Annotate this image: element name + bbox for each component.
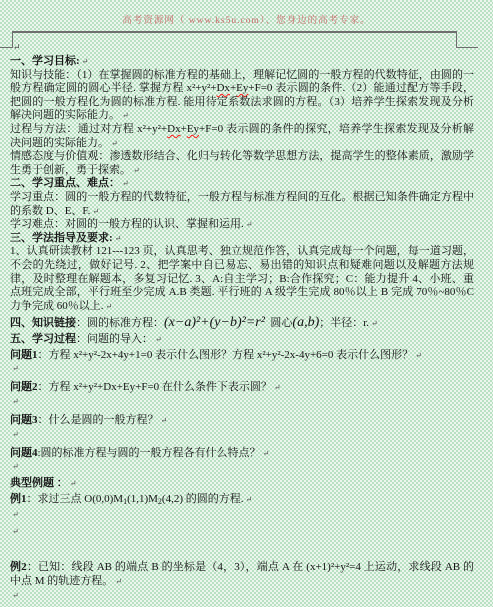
paragraph-mark: ↵ <box>272 383 281 392</box>
paragraph-mark: ↵ <box>369 319 378 328</box>
paragraph-mark: ↵ <box>413 351 422 360</box>
text-run: ：方程 <box>38 381 74 393</box>
paragraph-mark: ↵ <box>13 42 21 53</box>
text-run: (x−a)²+(y−b)²=r² <box>164 315 265 330</box>
question-4: 问题4:圆的标准方程与圆的一般方程各有什么特点？↵ <box>10 447 474 461</box>
text-run: ：已知：线段 AB 的端点 B 的坐标是（4，3），端点 A 在 <box>27 561 307 573</box>
text-run: 情感态度与价值观：渗透数形结合、化归与转化等数学思想方法，提高学生的整体素质，激… <box>10 150 474 176</box>
text-run: ：圆的标准方程： <box>76 317 164 329</box>
paragraph-mark: ↵ <box>80 57 89 66</box>
paragraph-mark: ↵ <box>113 577 122 586</box>
header-rule <box>12 31 456 33</box>
text-run: +F=0 <box>248 82 272 94</box>
blank-line: ↵ <box>10 395 474 412</box>
section-5-heading: 五、学习过程：问题的导入：↵ <box>10 333 474 347</box>
study-focus-paragraph: 学习重点：圆的一般方程的代数特征，一般方程与标准方程间的互化。根据已知条件确定方… <box>10 191 474 218</box>
section-3-heading: 三、学法指导及要求:↵ <box>10 232 474 246</box>
text-run: ；半径：r. <box>319 317 369 329</box>
text-run: 问题1 <box>10 349 38 361</box>
paragraph-mark: ↵ <box>68 479 77 488</box>
text-run: 的圆的方程. <box>183 493 244 505</box>
text-run: 过程与方法：通过对方程 <box>10 123 137 135</box>
text-run: 圆心 <box>265 317 293 329</box>
text-run: 问题4 <box>10 447 38 459</box>
text-run: 表示什么图形？方程 <box>152 349 257 361</box>
process-method-paragraph: 过程与方法：通过对方程 x²+y²+Dx+Ey+F=0 表示圆的条件的探究，培养… <box>10 123 474 150</box>
paragraph-mark: ↵ <box>10 462 19 471</box>
blank-line <box>10 542 474 559</box>
spellcheck-flagged-text: Dx <box>167 123 180 135</box>
text-run: ：求过三点 <box>27 493 85 505</box>
paragraph-mark: ↵ <box>120 111 129 120</box>
knowledge-skills-paragraph: 知识与技能：（1）在掌握圆的标准方程的基础上，理解记忆圆的一般方程的代数特征，由… <box>10 69 474 123</box>
text-run: 一、学习目标: <box>10 55 80 67</box>
study-difficulty-paragraph: 学习难点：对圆的一般方程的认识、掌握和运用.↵ <box>10 218 474 232</box>
blank-line: ↵ <box>10 460 474 477</box>
text-run: x²+y²+Dx+Ey+F=0 <box>73 381 159 393</box>
paragraph-mark: ↵ <box>131 166 140 175</box>
question-2: 问题2：方程 x²+y²+Dx+Ey+F=0 在什么条件下表示圆？↵ <box>10 381 474 395</box>
paragraph-mark: ↵ <box>153 335 162 344</box>
text-run: x²+y²-2x-4y+6=0 <box>257 349 334 361</box>
text-run: x²+y²+ <box>186 82 216 94</box>
document-page: 高考资源网（ www.ks5u.com）、您身边的高考专家。 ↵ 一、学习目标:… <box>0 0 493 607</box>
spellcheck-flagged-text: Dx <box>216 82 229 94</box>
paragraph-mark: ↵ <box>10 527 19 536</box>
paragraph-mark: ↵ <box>244 495 253 504</box>
text-run: O(0,0)M <box>84 493 123 505</box>
text-run: 例1 <box>10 493 27 505</box>
text-run: 四、知识链接 <box>10 317 76 329</box>
paragraph-mark: ↵ <box>90 207 99 216</box>
paragraph-mark: ↵ <box>10 397 19 406</box>
text-run: 问题2 <box>10 381 38 393</box>
example-2: 例2：已知：线段 AB 的端点 B 的坐标是（4，3），端点 A 在 (x+1)… <box>10 561 474 588</box>
text-run: (a,b) <box>292 315 319 330</box>
affect-values-paragraph: 情感态度与价值观：渗透数形结合、化归与转化等数学思想方法，提高学生的整体素质，激… <box>10 150 474 177</box>
text-run: 在什么条件下表示圆？ <box>159 381 272 393</box>
site-notice-text: 高考资源网（ www.ks5u.com）、您身边的高考专家。 <box>122 16 370 26</box>
blank-line: ↵ <box>10 362 474 379</box>
text-run: 五、学习过程 <box>10 333 76 345</box>
paragraph-mark: ↵ <box>261 449 270 458</box>
method-guidance-paragraph: 1、认真研读教材 121---123 页，认真思考、独立规范作答，认真完成每一个… <box>10 245 474 313</box>
blank-line: ↵ <box>10 589 474 606</box>
example-1: 例1：求过三点 O(0,0)M1(1,1)M2(4,2) 的圆的方程.↵ <box>10 493 474 509</box>
paragraph-mark: ↵ <box>10 510 19 519</box>
paragraph-mark: ↵ <box>120 179 129 188</box>
text-run: 二、学习重点、难点： <box>10 177 120 189</box>
text-run: 例2 <box>10 561 27 573</box>
paragraph-mark: ↵ <box>113 234 122 243</box>
paragraph-mark: ↵ <box>159 416 168 425</box>
blank-line: ↵ <box>10 428 474 445</box>
site-watermark-header: 高考资源网（ www.ks5u.com）、您身边的高考专家。 <box>0 12 493 26</box>
header-rule-step-right <box>456 31 457 48</box>
blank-line: ↵ <box>10 508 474 525</box>
text-run: 三、学法指导及要求: <box>10 232 113 244</box>
question-3: 问题3：什么是圆的一般方程？↵ <box>10 414 474 428</box>
knowledge-link-paragraph: 四、知识链接：圆的标准方程：(x−a)²+(y−b)²=r² 圆心(a,b)；半… <box>10 313 474 333</box>
section-2-heading: 二、学习重点、难点：↵ <box>10 177 474 191</box>
paragraph-mark: ↵ <box>10 364 19 373</box>
paragraph-mark: ↵ <box>104 302 113 311</box>
text-run: ：什么是圆的一般方程？ <box>38 414 159 426</box>
header-rule-stub-right <box>456 47 478 48</box>
header-rule-stub-left <box>0 47 12 48</box>
document-body: 一、学习目标:↵知识与技能：（1）在掌握圆的标准方程的基础上，理解记忆圆的一般方… <box>10 55 474 606</box>
text-run: 典型例题 ： <box>10 477 68 489</box>
text-run: ：问题的导入： <box>76 333 153 345</box>
paragraph-mark: ↵ <box>244 220 253 229</box>
text-run: x²+y²-2x+4y+1=0 <box>73 349 152 361</box>
text-run: (1,1)M <box>127 493 158 505</box>
paragraph-mark: ↵ <box>109 139 118 148</box>
question-1: 问题1：方程 x²+y²-2x+4y+1=0 表示什么图形？方程 x²+y²-2… <box>10 349 474 363</box>
text-run: 表示什么图形？ <box>333 349 413 361</box>
text-run: (4,2) <box>162 493 183 505</box>
spellcheck-flagged-text: Ey <box>236 82 248 94</box>
text-run: :圆的标准方程与圆的一般方程各有什么特点？ <box>38 447 261 459</box>
blank-line: ↵ <box>10 525 474 542</box>
text-run: (x+1)²+y²=4 <box>306 561 361 573</box>
typical-examples-heading: 典型例题 ：↵ <box>10 477 474 491</box>
text-run: x²+y²+ <box>137 123 167 135</box>
paragraph-mark: ↵ <box>10 430 19 439</box>
text-run: 1、认真研读教材 121---123 页，认真思考、独立规范作答，认真完成每一个… <box>10 245 477 311</box>
spellcheck-flagged-text: Ey <box>187 123 199 135</box>
paragraph-mark: ↵ <box>10 591 19 600</box>
text-run: 学习难点：对圆的一般方程的认识、掌握和运用. <box>10 218 244 230</box>
text-run: 问题3 <box>10 414 38 426</box>
text-run: ：方程 <box>38 349 74 361</box>
section-1-heading: 一、学习目标:↵ <box>10 55 474 69</box>
text-run: +F=0 <box>199 123 223 135</box>
text-run: 学习重点：圆的一般方程的代数特征，一般方程与标准方程间的互化。根据已知条件确定方… <box>10 191 474 217</box>
